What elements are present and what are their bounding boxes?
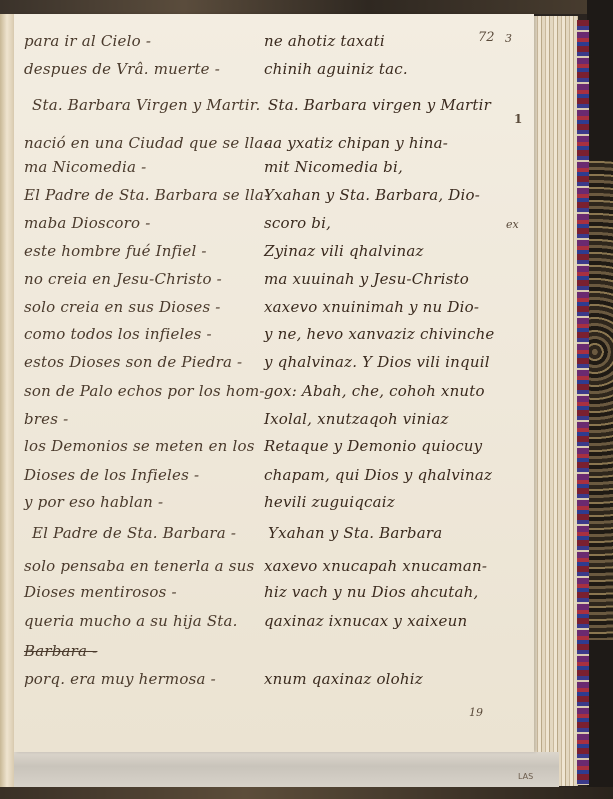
text-line: porq. era muy hermosa - (24, 670, 216, 688)
text-line: ne ahotiz taxati (264, 32, 385, 50)
text-line: chinih aguiniz tac. (264, 60, 408, 78)
text-line: Dioses de los Infieles - (24, 466, 199, 484)
margin-mark: 1 (514, 112, 522, 126)
text-line: aa yxatiz chipan y hina- (264, 134, 448, 152)
text-line: Yxahan y Sta. Barbara, Dio- (264, 186, 480, 204)
text-line: ma Nicomedia - (24, 158, 146, 176)
bottom-mark: 19 (469, 706, 483, 719)
text-line: no creia en Jesu-Christo - (24, 270, 222, 288)
text-line: bres - (24, 410, 68, 428)
text-line: Yxahan y Sta. Barbara (268, 524, 442, 542)
text-line: y qhalvinaz. Y Dios vili inquil (264, 353, 490, 371)
text-line: los Demonios se meten en los (24, 437, 255, 455)
water-stain (14, 752, 559, 788)
text-line: Ixolal, xnutzaqoh viniaz (264, 410, 449, 428)
text-line: gox: Abah, che, cohoh xnuto (264, 382, 485, 400)
book-cover-top (0, 0, 613, 14)
text-line: son de Palo echos por los hom- (24, 382, 265, 400)
text-line: como todos los infieles - (24, 325, 212, 343)
text-line: y por eso hablan - (24, 493, 163, 511)
text-line: solo pensaba en tenerla a sus (24, 557, 254, 575)
text-line: Dioses mentirosos - (24, 583, 177, 601)
text-line: nació en una Ciudad que se lla- (24, 134, 269, 152)
text-line: y ne, hevo xanvaziz chivinche (264, 325, 495, 343)
text-line: ma xuuinah y Jesu-Christo (264, 270, 469, 288)
book-cover-bottom (0, 787, 613, 799)
text-line: hiz vach y nu Dios ahcutah, (264, 583, 479, 601)
text-line: Barbara - (24, 642, 97, 660)
margin-mark: ex (506, 218, 519, 231)
text-line: Zyinaz vili qhalvinaz (264, 242, 424, 260)
text-line: este hombre fué Infiel - (24, 242, 207, 260)
text-line: solo creia en sus Dioses - (24, 298, 221, 316)
text-line: estos Dioses son de Piedra - (24, 353, 242, 371)
text-line: chapam, qui Dios y qhalvinaz (264, 466, 492, 484)
text-line: queria mucho a su hija Sta. (24, 612, 238, 630)
library-stamp: LAS (518, 772, 533, 781)
text-line: qaxinaz ixnucax y xaixeun (264, 612, 467, 630)
text-line: mit Nicomedia bi, (264, 158, 403, 176)
folio-number: 72 (478, 30, 495, 45)
text-line: maba Dioscoro - (24, 214, 151, 232)
text-line: Sta. Barbara virgen y Martir (268, 96, 491, 114)
text-line: El Padre de Sta. Barbara se lla- (24, 186, 269, 204)
folio-secondary: 3 (505, 32, 512, 45)
text-line: Sta. Barbara Virgen y Martir. (32, 96, 260, 114)
text-line: scoro bi, (264, 214, 331, 232)
text-line: xaxevo xnuinimah y nu Dio- (264, 298, 479, 316)
text-line: xnum qaxinaz olohiz (264, 670, 423, 688)
marbled-cover (587, 160, 613, 640)
text-line: despues de Vrâ. muerte - (24, 60, 220, 78)
text-line: xaxevo xnucapah xnucaman- (264, 557, 487, 575)
left-gutter (0, 14, 14, 789)
text-line: Retaque y Demonio quiocuy (264, 437, 482, 455)
text-line: para ir al Cielo - (24, 32, 151, 50)
text-line: El Padre de Sta. Barbara - (32, 524, 236, 542)
marbled-page-edge (577, 20, 589, 785)
text-line: hevili zuguiqcaiz (264, 493, 395, 511)
